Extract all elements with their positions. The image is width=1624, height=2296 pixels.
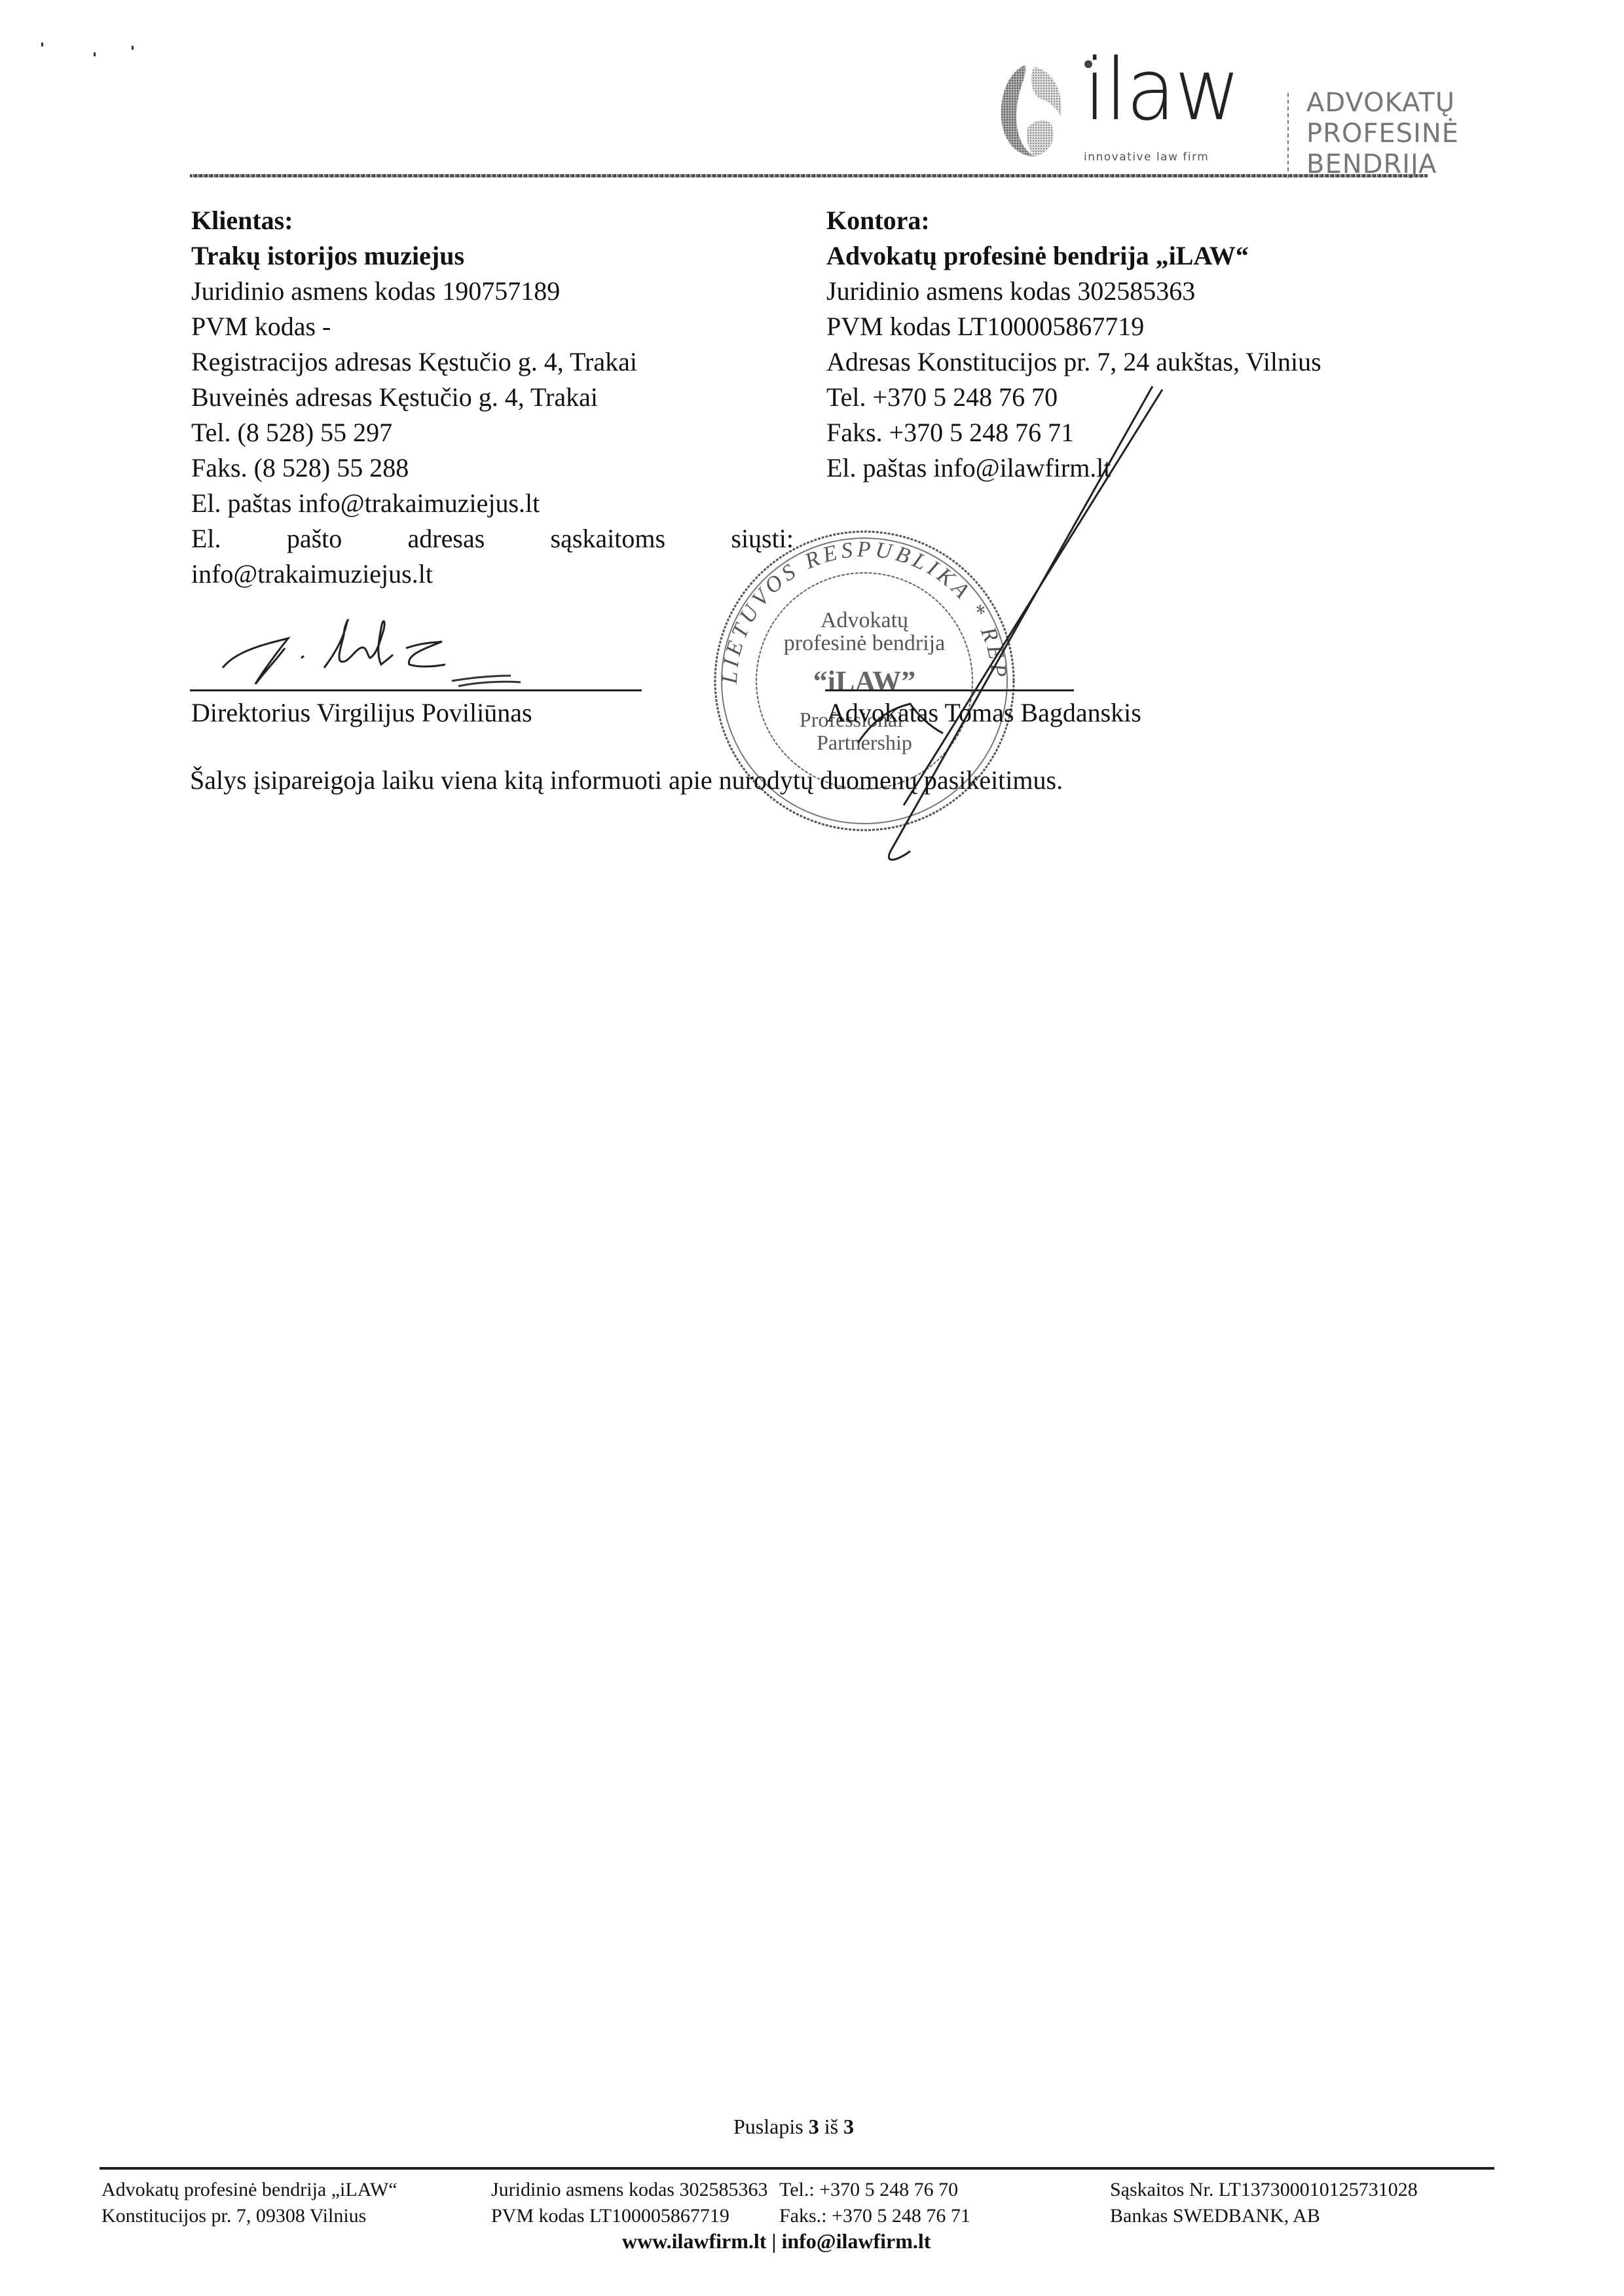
footer-rule [100, 2167, 1494, 2170]
client-registration-address: Registracijos adresas Kęstučio g. 4, Tra… [191, 344, 767, 380]
ilaw-logo-mark-icon [999, 62, 1064, 160]
page-number: Puslapis 3 iš 3 [733, 2115, 854, 2139]
data-change-notice: Šalys įsipareigoja laiku viena kitą info… [190, 765, 1063, 795]
office-signature-icon [799, 380, 1166, 877]
client-signature-icon [210, 602, 681, 694]
logo-wordmark: ilaw [1084, 47, 1240, 132]
client-signature-line [190, 689, 642, 691]
logo-tagline: innovative law firm [1084, 151, 1209, 164]
scan-speck [132, 46, 134, 50]
client-email: El. paštas info@trakaimuziejus.lt [191, 486, 767, 521]
client-vat-code: PVM kodas - [191, 309, 767, 344]
company-logo: ilaw innovative law firm ADVOKATŲ PROFES… [986, 54, 1444, 172]
header-rule [190, 174, 1428, 177]
logo-separator [1287, 93, 1289, 178]
footer-phones: Tel.: +370 5 248 76 70 Faks.: +370 5 248… [779, 2177, 970, 2229]
footer-bank: Sąskaitos Nr. LT137300010125731028 Banka… [1110, 2177, 1418, 2229]
scan-speck [41, 43, 43, 46]
client-invoice-email: info@trakaimuziejus.lt [191, 556, 767, 592]
office-company-code: Juridinio asmens kodas 302585363 [826, 274, 1481, 309]
office-heading: Kontora: [826, 203, 1481, 238]
client-details: Klientas: Trakų istorijos muziejus Jurid… [191, 203, 767, 592]
office-address: Adresas Konstitucijos pr. 7, 24 aukštas,… [826, 344, 1481, 380]
office-vat-code: PVM kodas LT100005867719 [826, 309, 1481, 344]
scan-speck [94, 52, 96, 56]
footer-web-email: www.ilawfirm.lt | info@ilawfirm.lt [622, 2229, 931, 2253]
footer-codes: Juridinio asmens kodas 302585363 PVM kod… [491, 2177, 767, 2229]
client-heading: Klientas: [191, 203, 767, 238]
office-signature-line [825, 689, 1074, 691]
footer-firm-info: Advokatų profesinė bendrija „iLAW“ Konst… [101, 2177, 397, 2229]
client-phone: Tel. (8 528) 55 297 [191, 415, 767, 450]
office-name: Advokatų profesinė bendrija „iLAW“ [826, 238, 1481, 274]
client-company-code: Juridinio asmens kodas 190757189 [191, 274, 767, 309]
client-signatory: Direktorius Virgilijus Poviliūnas [191, 697, 532, 728]
client-fax: Faks. (8 528) 55 288 [191, 450, 767, 486]
client-office-address: Buveinės adresas Kęstučio g. 4, Trakai [191, 380, 767, 415]
client-name: Trakų istorijos muziejus [191, 238, 767, 274]
logo-firm-type: ADVOKATŲ PROFESINĖ BENDRIJA [1306, 88, 1459, 180]
office-signatory: Advokatas Tomas Bagdanskis [826, 697, 1141, 728]
